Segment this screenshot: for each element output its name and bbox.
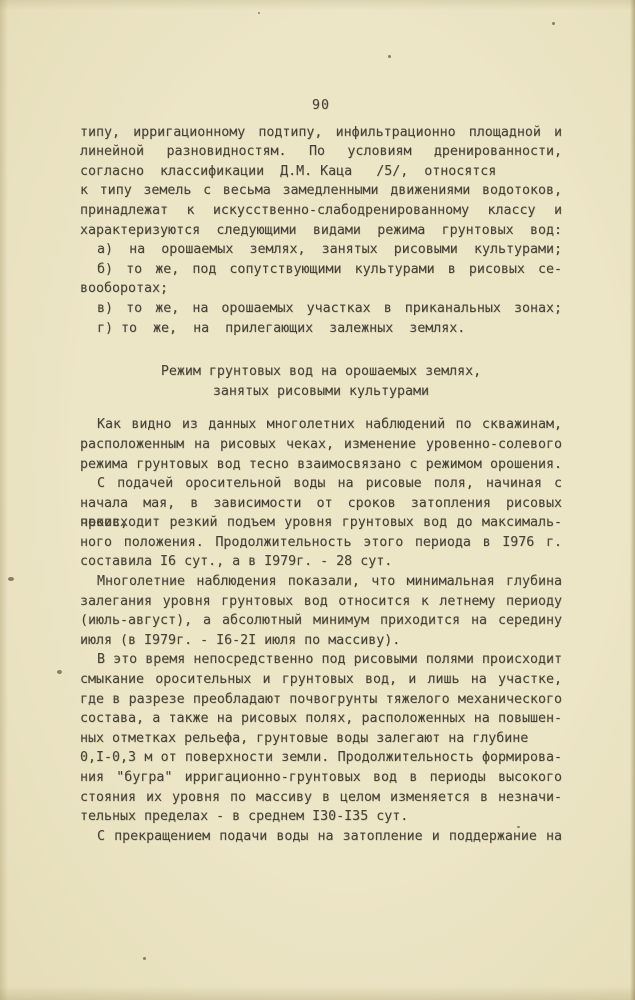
text-line: характеризуются следующими видами режима… bbox=[80, 221, 562, 241]
text-line: С подачей оросительной воды на рисовые п… bbox=[80, 474, 562, 494]
text-line: расположенным на рисовых чеках, изменени… bbox=[80, 435, 562, 455]
text-line: Как видно из данных многолетних наблюден… bbox=[80, 415, 562, 435]
paper-speck bbox=[552, 22, 555, 25]
text-line: б) то же, под сопутствующими культурами … bbox=[80, 260, 562, 280]
text-line: тельных пределах - в среднем I30-I35 сут… bbox=[80, 807, 562, 827]
text-line: ного положения. Продолжительность этого … bbox=[80, 533, 562, 553]
text-line: происходит резкий подъем уровня грунтовы… bbox=[80, 513, 562, 533]
text-line: а) на орошаемых землях, занятых рисовыми… bbox=[80, 240, 562, 260]
text-line: стояния их уровня по массиву в целом изм… bbox=[80, 788, 562, 808]
paper-speck bbox=[517, 826, 520, 828]
text-line: согласно классификации Д.М. Каца /5/, от… bbox=[80, 162, 562, 182]
text-line: режима грунтовых вод тесно взаимосвязано… bbox=[80, 455, 562, 475]
text-line: ния "бугра" ирригационно-грунтовых вод в… bbox=[80, 768, 562, 788]
text-line: залегания уровня грунтовых вод относится… bbox=[80, 592, 562, 612]
text-line: состава, а также на рисовых полях, распо… bbox=[80, 709, 562, 729]
paper-speck bbox=[143, 957, 146, 960]
text-line: составила I6 сут., а в I979г. - 28 сут. bbox=[80, 552, 562, 572]
paper-speck bbox=[57, 670, 62, 674]
text-line: в) то же, на орошаемых участках в прикан… bbox=[80, 299, 562, 319]
paper-speck bbox=[8, 577, 14, 581]
text-line: где в разрезе преобладают почвогрунты тя… bbox=[80, 690, 562, 710]
text-line: вооборотах; bbox=[80, 279, 562, 299]
text-line: начала мая, в зависимости от сроков зато… bbox=[80, 494, 562, 514]
paper-speck bbox=[388, 55, 391, 58]
text-line: Многолетние наблюдения показали, что мин… bbox=[80, 572, 562, 592]
text-line: занятых рисовыми культурами bbox=[80, 382, 562, 402]
text-column: 90 типу, ирригационному подтипу, инфильт… bbox=[80, 0, 562, 846]
page-number: 90 bbox=[80, 96, 562, 116]
text-line: линейной разновидностям. По условиям дре… bbox=[80, 142, 562, 162]
page-text: типу, ирригационному подтипу, инфильтрац… bbox=[80, 123, 562, 847]
text-line: ных отметках рельефа, грунтовые воды зал… bbox=[80, 729, 562, 749]
text-line: принадлежат к искусственно-слабодрениров… bbox=[80, 201, 562, 221]
text-line: июля (в I979г. - I6-2I июля по массиву). bbox=[80, 631, 562, 651]
document-page: 90 типу, ирригационному подтипу, инфильт… bbox=[0, 0, 635, 1000]
text-line: к типу земель с весьма замедленными движ… bbox=[80, 181, 562, 201]
paper-speck bbox=[258, 12, 260, 14]
text-line: г) то же, на прилегающих залежных землях… bbox=[80, 319, 562, 339]
text-line: (июль-август), а абсолютный минимум прих… bbox=[80, 611, 562, 631]
text-line: типу, ирригационному подтипу, инфильтрац… bbox=[80, 123, 562, 143]
text-line: 0,I-0,3 м от поверхности земли. Продолжи… bbox=[80, 748, 562, 768]
text-line: С прекращением подачи воды на затопление… bbox=[80, 827, 562, 847]
text-line: В это время непосредственно под рисовыми… bbox=[80, 650, 562, 670]
text-line: смыкание оросительных и грунтовых вод, и… bbox=[80, 670, 562, 690]
text-line: Режим грунтовых вод на орошаемых землях, bbox=[80, 362, 562, 382]
